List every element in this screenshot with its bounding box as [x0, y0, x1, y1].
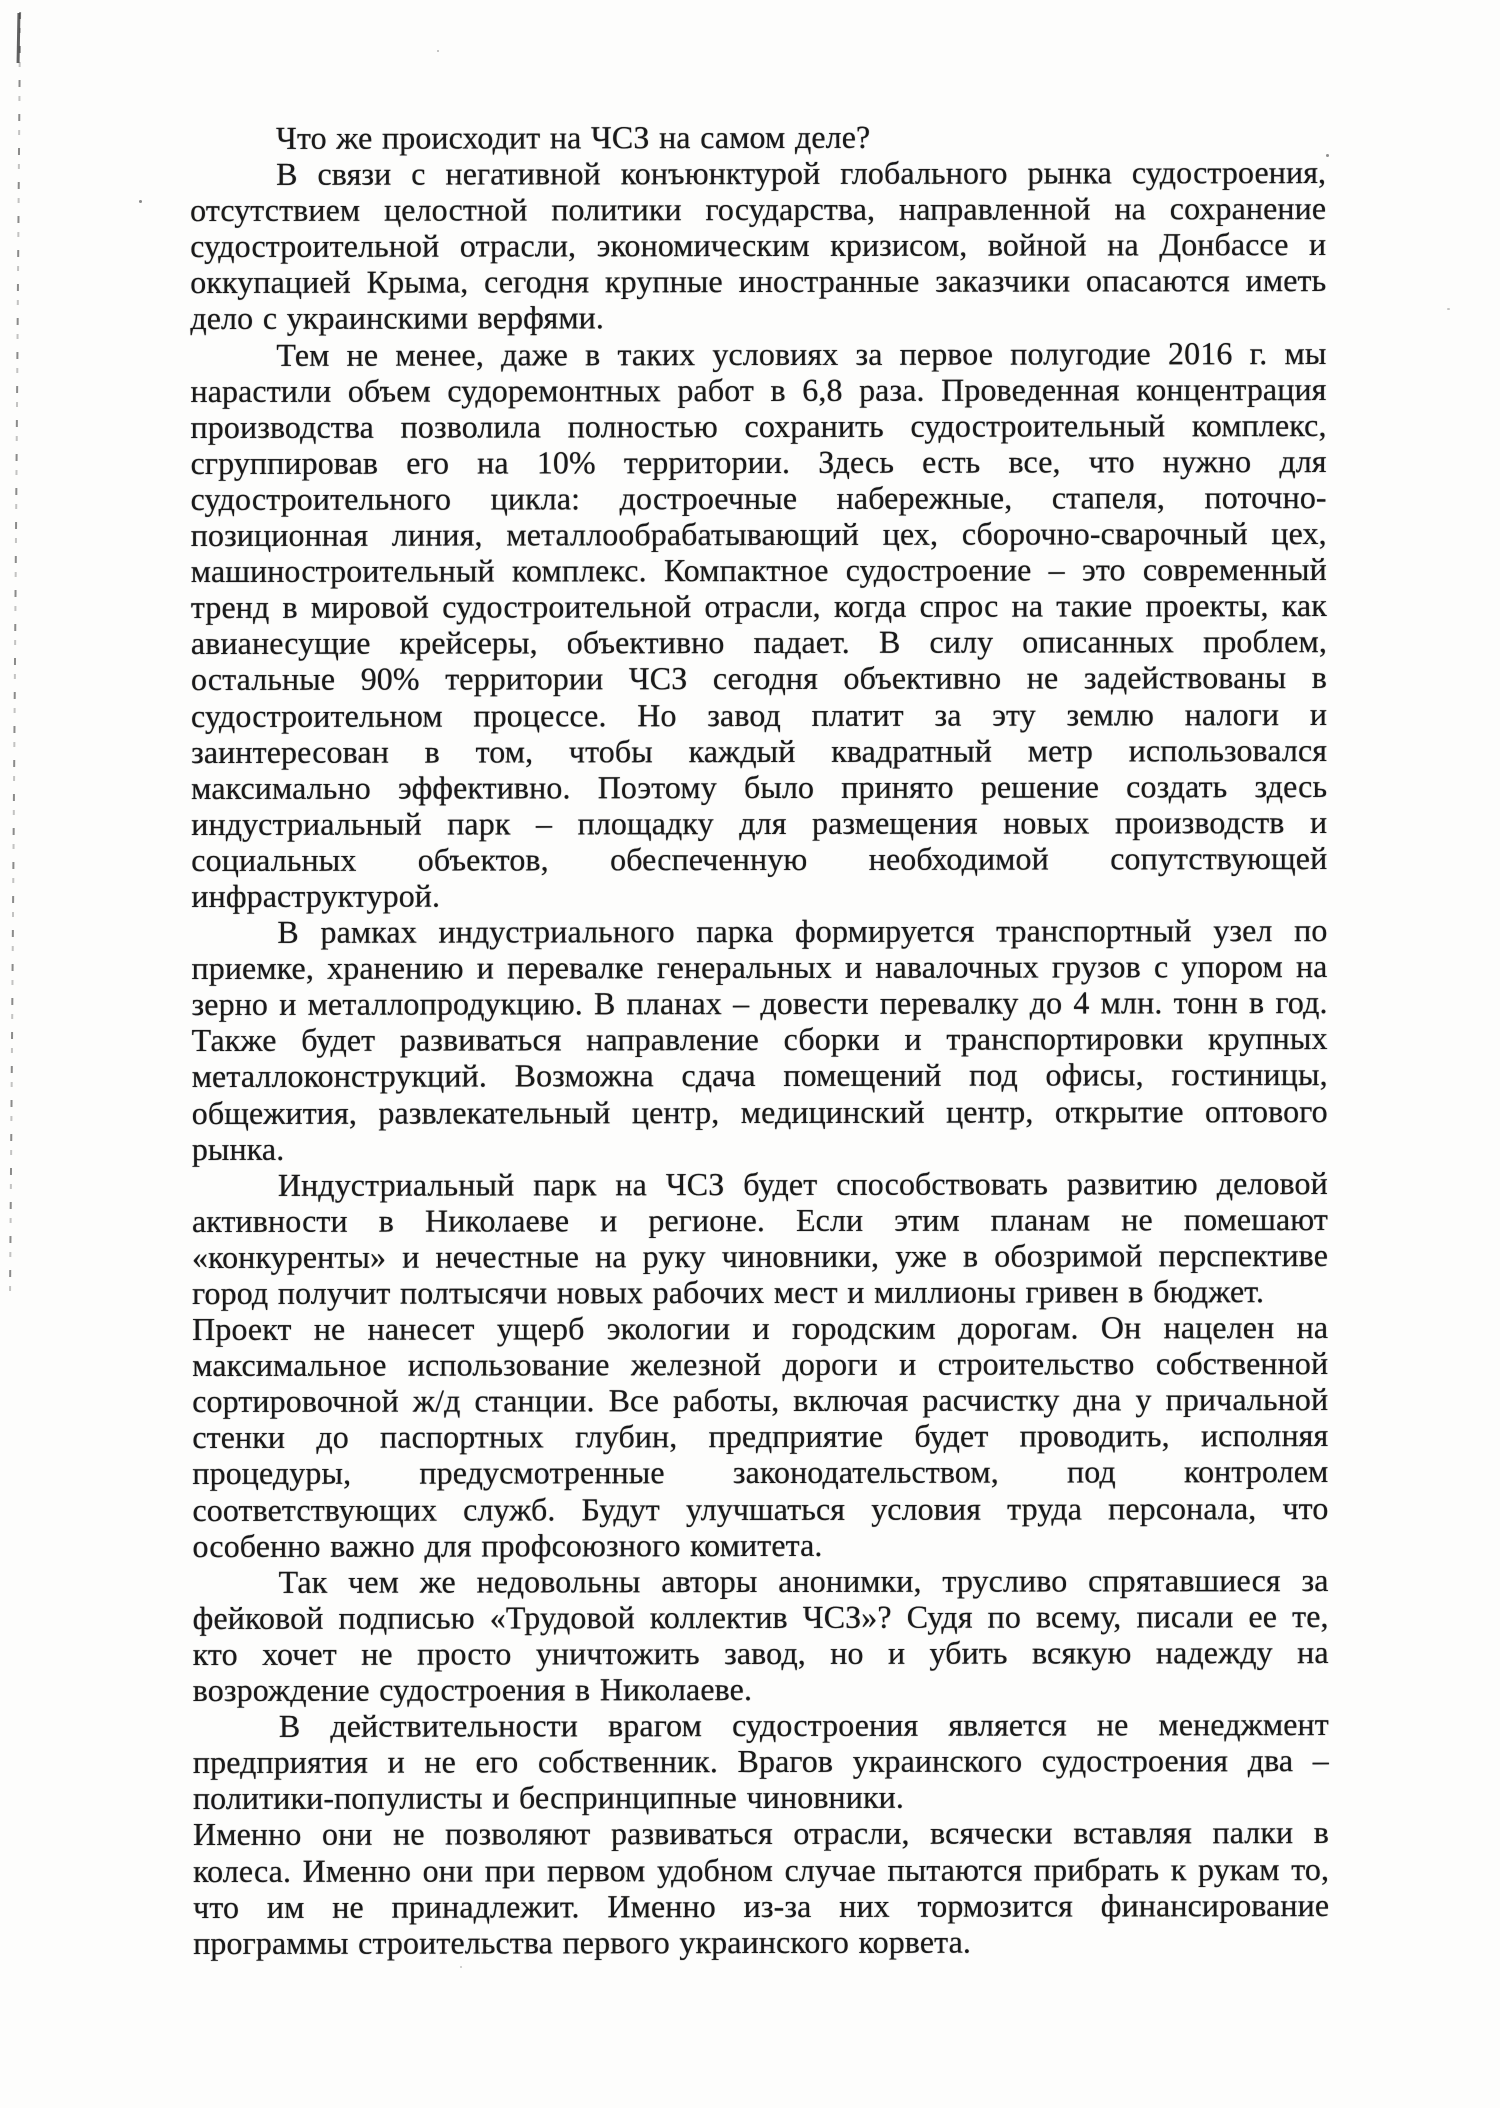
scan-speck: [139, 200, 142, 203]
paragraph-populists-blame: Именно они не позволяют развиваться отра…: [193, 1814, 1329, 1960]
scan-speck: [437, 50, 439, 52]
document-page: Что же происходит на ЧСЗ на самом деле? …: [0, 0, 1500, 2108]
scan-speck: [1326, 154, 1329, 157]
scan-speck: [1447, 308, 1450, 310]
paragraph-business-development: Индустриальный парк на ЧСЗ будет способс…: [192, 1165, 1328, 1311]
paragraph-ship-repair-growth: Тем не менее, даже в таких условиях за п…: [190, 335, 1327, 914]
paragraph-enemies-of-shipbuilding: В действительности врагом судостроения я…: [193, 1706, 1329, 1816]
paragraph-anonymous-authors: Так чем же недовольны авторы анонимки, т…: [193, 1562, 1329, 1708]
scan-edge-artifact: [9, 12, 21, 1297]
paragraph-global-market: В связи с негативной конъюнктурой глобал…: [190, 154, 1326, 336]
paragraph-ecology-project: Проект не нанесет ущерб экологии и город…: [192, 1309, 1328, 1564]
document-text: Что же происходит на ЧСЗ на самом деле? …: [190, 118, 1329, 1961]
heading-question: Что же происходит на ЧСЗ на самом деле?: [190, 118, 1326, 156]
paragraph-industrial-park-transport: В рамках индустриального парка формирует…: [191, 912, 1327, 1167]
scan-speck: [460, 1966, 462, 1968]
